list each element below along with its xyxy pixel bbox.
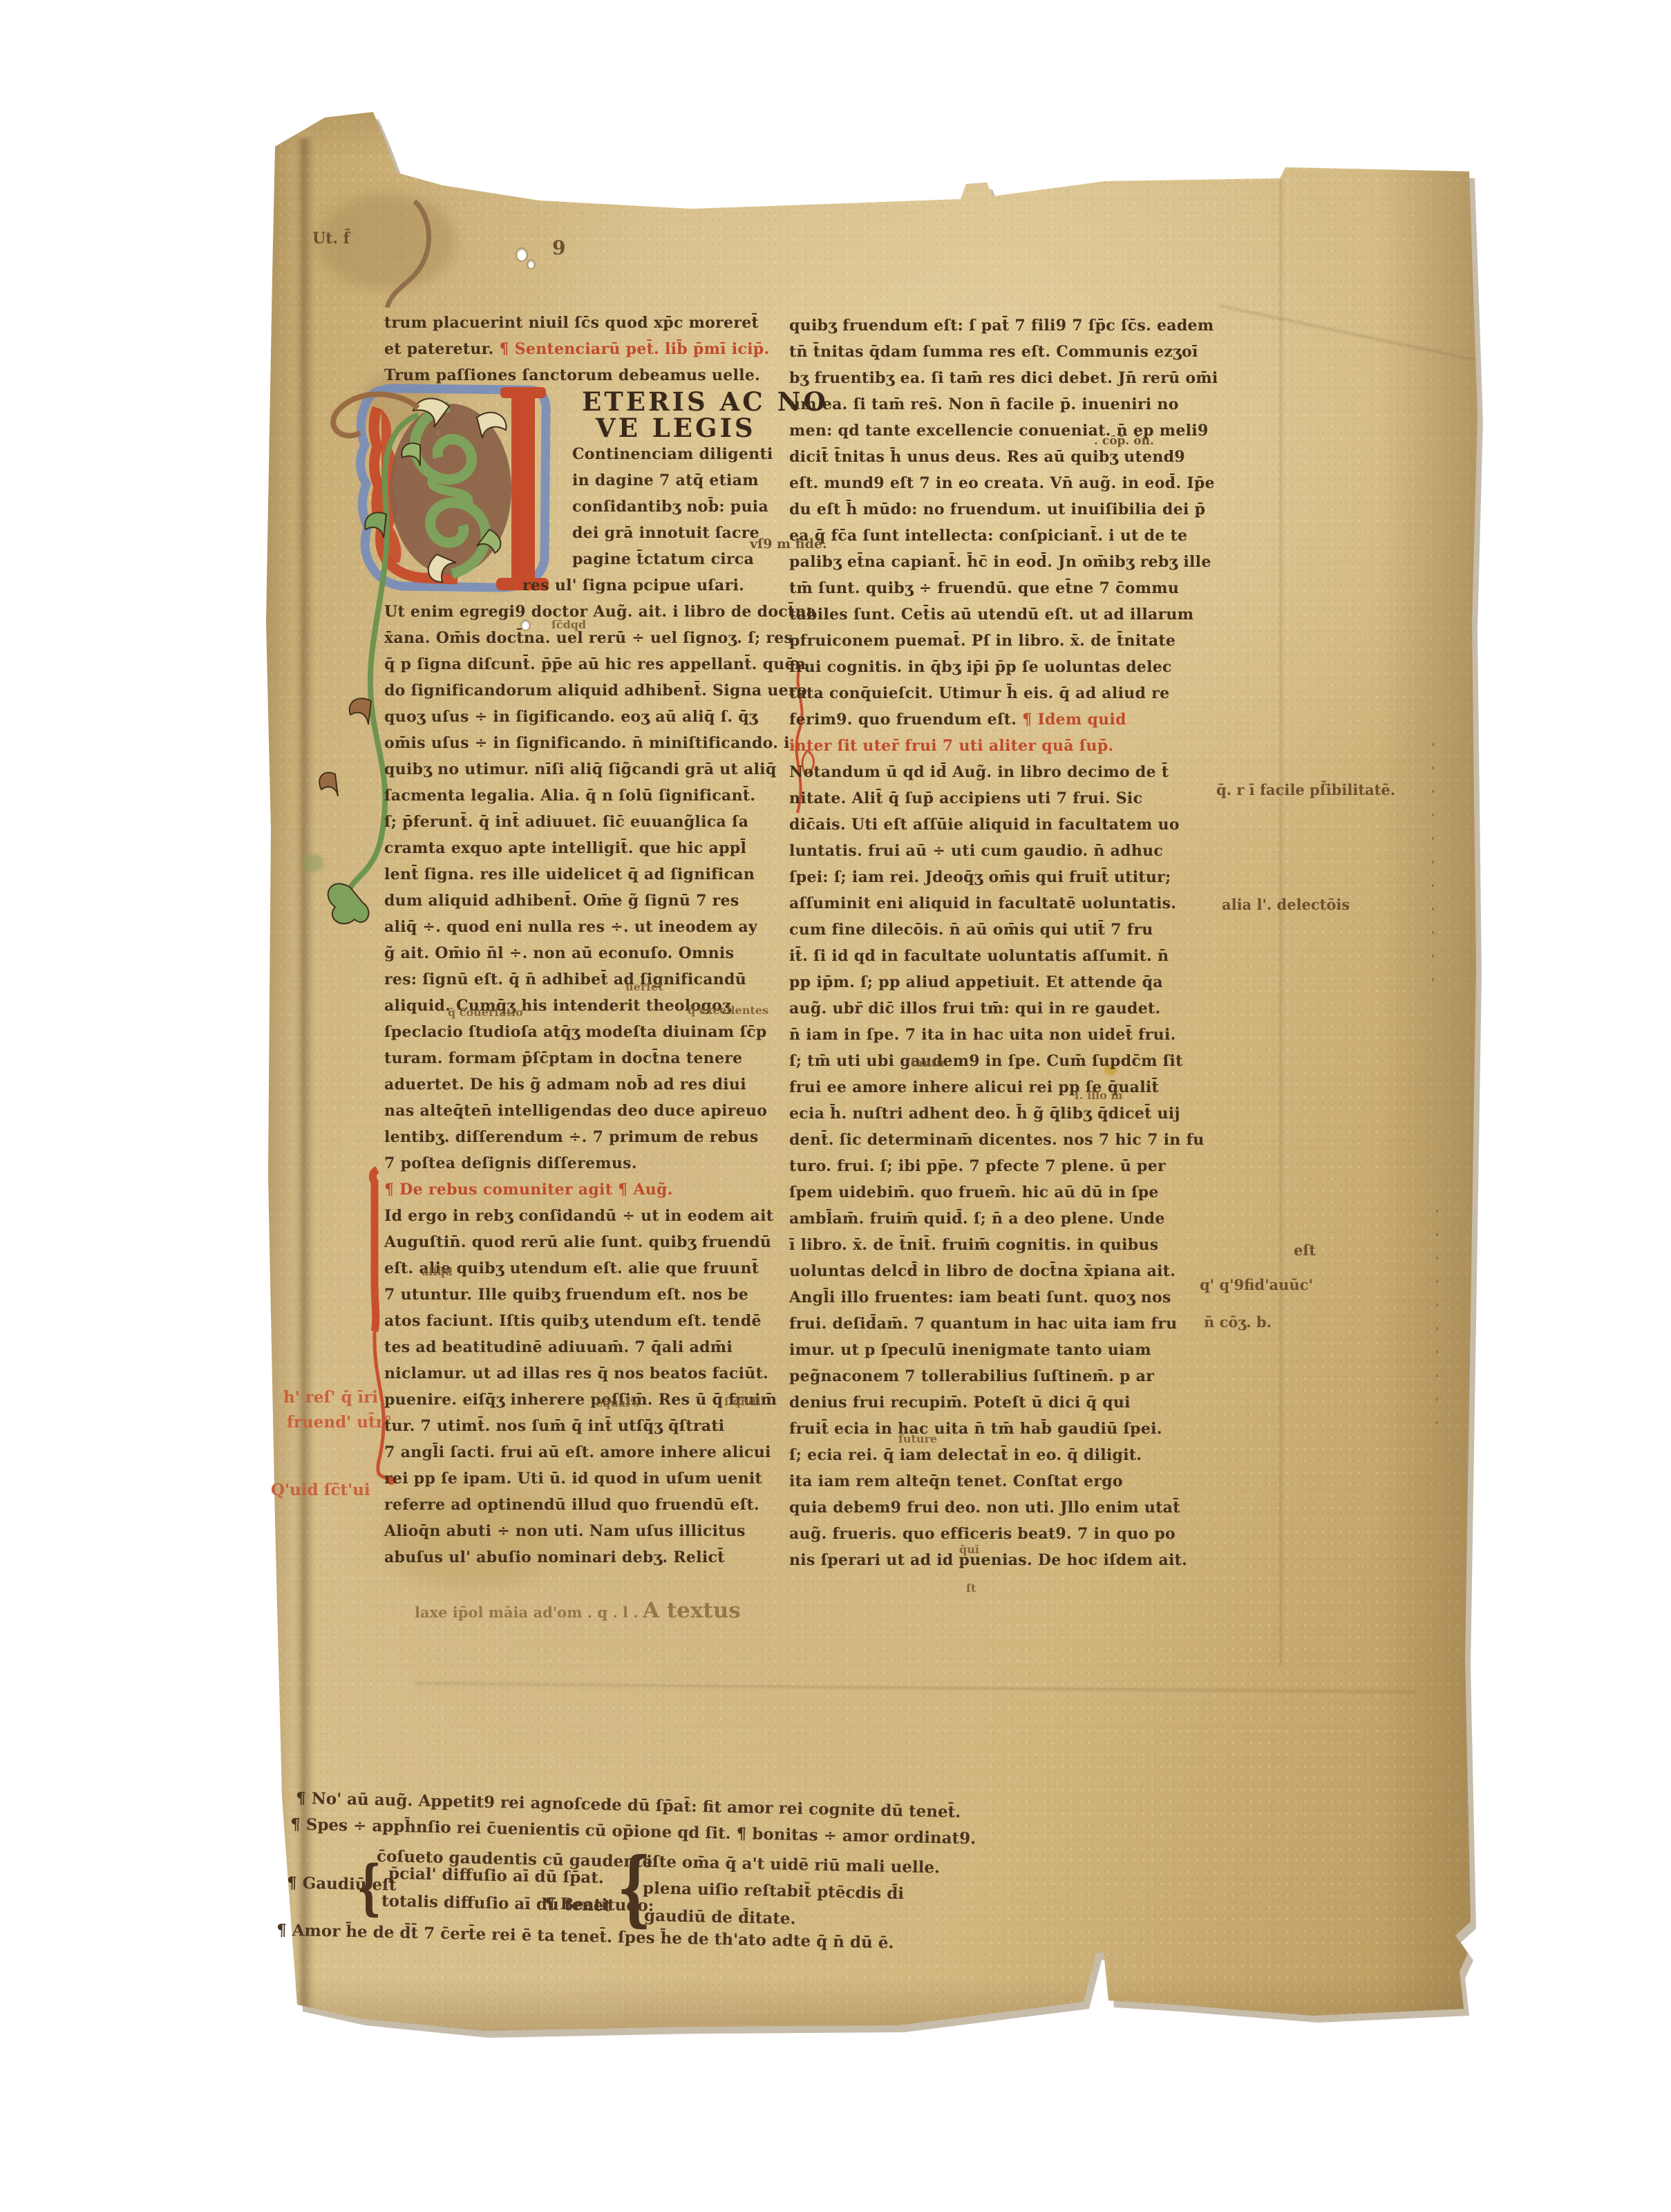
line-segment-black: ſpei: ſ; iam rei. Jdeoq̄ʒ om̄is qui frui… xyxy=(789,868,1171,886)
text-line: ¶ De rebus comuniter agit ¶ Aug̃. xyxy=(384,1177,784,1203)
text-line: turo. frui. ſ; ibi pp̄e. 7 pfecte 7 plen… xyxy=(789,1153,1221,1179)
text-line: quia debem9 frui deo. non uti. Jllo enim… xyxy=(789,1494,1221,1521)
line-segment-black: dent̄. ſic determinam̄ dicentes. nos 7 h… xyxy=(789,1131,1205,1149)
gloss-text: ſ. illo m̄ xyxy=(1075,1089,1122,1102)
text-line: pp ip̄m. ſ; pp aliud appetiuit. Et atten… xyxy=(789,969,1221,995)
text-line: ī libro. x̄. de t̄nit̄. fruim̄ cognitis.… xyxy=(789,1232,1221,1258)
line-segment-black: tn̄ t̄nitas q̄dam ſumma res eſt. Communi… xyxy=(789,343,1198,361)
line-segment-black: quibʒ fruendum eſt: ſ pat̄ 7 fili9 7 ſp̄… xyxy=(789,317,1214,335)
text-line: ſpem uidebim̄. quo fruem̄. hic aū dū in … xyxy=(789,1179,1221,1206)
text-line: 7 utuntur. Ille quibʒ fruendum eſt. nos … xyxy=(384,1282,784,1308)
text-line: tes ad beatitudinē adiuuam̄. 7 q̄ali adm… xyxy=(384,1334,784,1360)
line-segment-black: bʒ fruentibʒ ea. ſi tam̄ res dici debet.… xyxy=(789,369,1218,387)
gloss-text: tantū xyxy=(911,1056,944,1069)
margin-note: n̄ cōʒ. b. xyxy=(1204,1313,1272,1331)
gloss-text: aliq̄d xyxy=(422,1265,453,1278)
line-segment-black: ea q̄ fc̄a ſunt intellecta: conſpiciant̄… xyxy=(789,527,1187,545)
line-segment-rubric: inter ſit uter̄ frui 7 uti aliter quā ſu… xyxy=(789,737,1114,755)
line-segment-black: q̄ p ſigna diſcunt̄. p̄p̄e aū hic res ap… xyxy=(384,655,806,673)
text-column-left: trum placuerint niuil ſc̄s quod xp̄c mor… xyxy=(384,310,784,1571)
margin-note: eſt xyxy=(1294,1241,1316,1259)
line-segment-black: quia debem9 frui deo. non uti. Jllo enim… xyxy=(789,1499,1180,1517)
line-segment-black: atos faciunt. Iſtis quibʒ utendum eſt. t… xyxy=(384,1312,762,1330)
line-segment-black: dum aliquid adhibent̄. Om̄e g̃ ſignū 7 r… xyxy=(384,892,739,910)
text-line: aduertet. De his g̃ admam nob̄ ad res di… xyxy=(384,1071,784,1098)
line-segment-black: Angl̄i illo fruentes: iam beati ſunt. qu… xyxy=(789,1288,1171,1306)
line-segment-black: luntatis. frui aū ÷ uti cum gaudio. n̄ a… xyxy=(789,842,1163,860)
text-line: inter ſit uter̄ frui 7 uti aliter quā ſu… xyxy=(789,733,1221,759)
text-line: tata conq̄uieſcit. Utimur h̄ eis. q̄ ad … xyxy=(789,680,1221,706)
line-segment-black: puenire. eiſq̄ʒ inherere poſſim̄. Res ū … xyxy=(384,1391,777,1409)
text-line: res: ſignū eſt. q̄ n̄ adhibet̄ ad ſignif… xyxy=(384,966,784,993)
text-line: ambl̄am̄. fruim̄ quid̄. ſ; n̄ a deo plen… xyxy=(789,1206,1221,1232)
page-content: trum placuerint niuil ſc̄s quod xp̄c mor… xyxy=(0,0,1671,2212)
text-line: Continenciam diligenti xyxy=(572,441,784,467)
line-segment-black: aduertet. De his g̃ admam nob̄ ad res di… xyxy=(384,1076,746,1094)
line-segment-black: lent̄ ſigna. res ille uidelicet q̄ ad ſi… xyxy=(384,865,755,883)
line-segment-black: tur. 7 utimt̄. nos ſum̄ q̄ int̄ utſq̄ʒ q… xyxy=(384,1417,724,1435)
line-segment-black: ſpem uidebim̄. quo fruem̄. hic aū dū in … xyxy=(789,1183,1159,1201)
text-line: dent̄. ſic determinam̄ dicentes. nos 7 h… xyxy=(789,1127,1221,1153)
line-segment-black: dicit̄ t̄nitas h̄ unus deus. Res aū quib… xyxy=(789,448,1185,466)
text-column-right: quibʒ fruendum eſt: ſ pat̄ 7 fili9 7 ſp̄… xyxy=(789,312,1221,1573)
bottom-note-line: plena uiſio reſtabit̄ ptēcdis d̄i xyxy=(643,1879,905,1903)
line-segment-rubric: ¶ Idem quid xyxy=(1022,711,1126,729)
line-segment-black: cramta exquo apte intelligit̄. que hic a… xyxy=(384,839,746,857)
brace-glyph: { xyxy=(357,1858,381,1918)
bottom-note-text: plena uiſio reſtabit̄ ptēcdis d̄i xyxy=(643,1879,905,1903)
text-line: palibʒ et̄na capiant̄. h̄c̄ in eod̄. Jn … xyxy=(789,549,1221,575)
interlinear-gloss: q̄ c̄ouerſatio xyxy=(448,1006,523,1019)
text-line: ſpei: ſ; iam rei. Jdeoq̄ʒ om̄is qui frui… xyxy=(789,864,1221,890)
line-segment-black: frui. deſid̄am̄. 7 quantum in hac uita i… xyxy=(789,1315,1177,1333)
margin-note-text: laxe ip̄ol māia ad'om . q . l . xyxy=(415,1604,639,1621)
text-line: ſ; ecia rei. q̄ iam delectat̄ in eo. q̄ … xyxy=(789,1442,1221,1468)
text-line: g̃ ait. Om̄io n̄l ÷. non aū econuſo. Omn… xyxy=(384,940,784,966)
brace-char: { xyxy=(357,1853,381,1922)
margin-note-text: vſ9 m fidē. xyxy=(750,536,827,552)
line-segment-black: aliq̄ ÷. quod eni nulla res ÷. ut ineode… xyxy=(384,918,757,936)
line-segment-black: cum fine dilecōis. n̄ aū om̄is qui utit̄… xyxy=(789,921,1153,939)
margin-note: vſ9 m fidē. xyxy=(750,536,827,552)
text-line: luntatis. frui aū ÷ uti cum gaudio. n̄ a… xyxy=(789,838,1221,864)
line-segment-black: ſ; p̄ferunt̄. q̄ int̄ adiuuet. ſic̄ euua… xyxy=(384,813,748,831)
text-line: nas alteq̄ten̄ intelligendas deo duce ap… xyxy=(384,1098,784,1124)
brace-glyph: { xyxy=(617,1847,651,1929)
line-segment-black: 7 utuntur. Ille quibʒ fruendum eſt. nos … xyxy=(384,1286,748,1304)
text-line: ſacmenta legalia. Alia. q̄ n ſolū ſignif… xyxy=(384,782,784,809)
line-segment-black: ſ; ecia rei. q̄ iam delectat̄ in eo. q̄ … xyxy=(789,1446,1142,1464)
gloss-text: ſc̄dqd xyxy=(551,618,586,631)
line-segment-black: res: ſignū eſt. q̄ n̄ adhibet̄ ad ſignif… xyxy=(384,971,746,988)
line-segment-black: nitate. Alit̄ q̄ ſup̄ accipiens uti 7 fr… xyxy=(789,789,1142,807)
text-line: imur. ut p ſpeculū inenigmate tanto uiam xyxy=(789,1337,1221,1363)
margin-note-text: . cōp̄. ōn̄. xyxy=(1094,434,1154,448)
text-line: abuſus ul' abuſio nominari debʒ. Relict̄ xyxy=(384,1544,784,1571)
text-line: bʒ fruentibʒ ea. ſi tam̄ res dici debet.… xyxy=(789,365,1221,391)
line-segment-black: um ea. ſi tam̄ res̄. Non n̄ facile p̄. i… xyxy=(789,395,1179,413)
line-segment-black: Auguſtin̄. quod rerū alie ſunt. quibʒ fr… xyxy=(384,1233,771,1251)
line-segment-black: aſſuminit eni aliquid in facultatē uolun… xyxy=(789,894,1176,912)
text-line: in dagine 7 atq̄ etiam xyxy=(572,467,784,494)
line-segment-black: tm̄ ſunt. quibʒ ÷ fruendū. que et̄ne 7 c… xyxy=(789,579,1179,597)
line-segment-black: quibʒ no utimur. nīſi aliq̄ ſig̃candi gr… xyxy=(384,760,777,778)
margin-note: fruend' ut̄r° xyxy=(287,1413,392,1432)
text-line: 7 poſtea deſignis diſſeremus. xyxy=(384,1150,784,1177)
line-segment-black: Continenciam diligenti xyxy=(572,445,773,463)
margin-note-text: A textus xyxy=(643,1598,741,1623)
text-line: tabiles ſunt. Cet̄is aū utendū eſt. ut a… xyxy=(789,601,1221,628)
interlinear-gloss: ſ. illo m̄ xyxy=(1075,1089,1122,1102)
interlinear-gloss: tantū xyxy=(911,1056,944,1069)
line-segment-black: imur. ut p ſpeculū inenigmate tanto uiam xyxy=(789,1341,1151,1359)
margin-note: q̄. r ī facile pſ̄ibilitatē. xyxy=(1216,781,1395,798)
text-line: quibʒ fruendum eſt: ſ pat̄ 7 fili9 7 ſp̄… xyxy=(789,312,1221,339)
text-line: lent̄ ſigna. res ille uidelicet q̄ ad ſi… xyxy=(384,861,784,888)
line-segment-black: ſacmenta legalia. Alia. q̄ n ſolū ſignif… xyxy=(384,787,755,805)
interlinear-gloss: ſ q̄ndl' xyxy=(724,1395,764,1408)
text-line: frui ee amore inhere alicui rei pp ſe q̄… xyxy=(789,1074,1221,1100)
line-segment-black: res ul' ſigna pcipue uſari. xyxy=(522,577,744,594)
text-line: ecia h̄. nuſtri adhent deo. h̄ g̃ q̄libʒ… xyxy=(789,1100,1221,1127)
line-segment-black: dic̄ais. Uti eſt aſſūie aliquid in facul… xyxy=(789,816,1180,834)
line-segment-black: du eſt h̄ mūdo: no fruendum. ut inuiſibi… xyxy=(789,500,1205,518)
margin-note: h' reſ' q̄ īri xyxy=(283,1388,378,1407)
text-line: ita iam rem alteq̄n tenet. Conſtat ergo xyxy=(789,1468,1221,1494)
bottom-note-line: ¶ Amor h̄e de d̄t̄ 7 c̄ert̄e rei ē ta te… xyxy=(276,1921,894,1953)
line-segment-black: Notandum ū qd id̄ Aug̃. in libro decimo … xyxy=(789,763,1169,781)
line-segment-black: niclamur. ut ad illas res q̄ nos beatos … xyxy=(384,1365,768,1382)
text-line: quoʒ uſus ÷ in ſigificando. eoʒ aū aliq̄… xyxy=(384,704,784,730)
line-segment-black: pp ip̄m. ſ; pp aliud appetiuit. Et atten… xyxy=(789,973,1163,991)
gloss-text: eq̄ual's xyxy=(596,1396,639,1409)
line-segment-black: Id ergo in rebʒ conſidandū ÷ ut in eodem… xyxy=(384,1207,773,1225)
text-line: men: qd tante excellencie conueniat. n̄ … xyxy=(789,418,1221,444)
margin-note: alia l'. delectōis xyxy=(1222,896,1350,913)
line-segment-black: fruit̄ ecia in hac uita n̄ tm̄ hab̄ gaud… xyxy=(789,1420,1162,1438)
line-segment-black: conſidantibʒ nob̄: puia xyxy=(572,498,768,516)
text-line: dum aliquid adhibent̄. Om̄e g̃ ſignū 7 r… xyxy=(384,888,784,914)
line-segment-black: lentibʒ. diſſerendum ÷. 7 primum de rebu… xyxy=(384,1128,759,1146)
bottom-note-text: p̄cial' diffuſio aī dū ſp̄at. xyxy=(388,1864,604,1888)
interlinear-gloss: aliq̄d xyxy=(422,1265,453,1278)
text-line: Notandum ū qd id̄ Aug̃. in libro decimo … xyxy=(789,759,1221,785)
bottom-note-line: iſte om̄a q̄ a't uidē riū mali uelle. xyxy=(646,1853,941,1877)
gloss-text: q̄uī xyxy=(959,1543,979,1556)
gloss-text: q̄ c̄ouerſatio xyxy=(448,1006,523,1019)
margin-note-text: 9 xyxy=(552,236,565,259)
text-line: quibʒ no utimur. nīſi aliq̄ ſig̃candi gr… xyxy=(384,756,784,782)
corner-flourish xyxy=(373,197,442,315)
line-segment-black: do ſignificandorum aliquid adhibent̄. Si… xyxy=(384,682,807,700)
text-line: eſt. mund9 eſt 7 in eo creata. Vn̄ aug̃.… xyxy=(789,470,1221,496)
line-segment-black: dei grā innotuit ſacre xyxy=(572,524,759,542)
line-segment-black: pfruiconem puemat̄. Pſ in libro. x̄. de … xyxy=(789,632,1176,650)
text-line: rei pp ſe ipam. Uti ū. id quod in uſum u… xyxy=(384,1465,784,1492)
text-line: atos faciunt. Iſtis quibʒ utendum eſt. t… xyxy=(384,1308,784,1334)
margin-note-text: q̄. r ī facile pſ̄ibilitatē. xyxy=(1216,781,1395,798)
text-line: om̄is uſus ÷ in ſignificando. n̄ miniſti… xyxy=(384,730,784,756)
margin-note: Q'uid ſc̄t'ui xyxy=(271,1481,370,1499)
margin-note: Ut. f̄ xyxy=(312,229,350,247)
line-segment-black: aliquid. Cumq̄ʒ his intenderit theologoʒ xyxy=(384,997,731,1015)
line-segment-black: referre ad optinendū illud quo fruendū e… xyxy=(384,1496,759,1514)
margin-note: . cōp̄. ōn̄. xyxy=(1094,434,1154,448)
text-line: frui cognitis. in q̄bʒ ip̄i p̄p ſe uolun… xyxy=(789,654,1221,680)
text-line: aſſuminit eni aliquid in facultatē uolun… xyxy=(789,890,1221,917)
text-line: Alioq̄n abuti ÷ non uti. Nam uſus illici… xyxy=(384,1518,784,1544)
photo-stage: trum placuerint niuil ſc̄s quod xp̄c mor… xyxy=(0,0,1671,2212)
line-segment-black: aug̃. ubr̄ dic̄ illos frui tm̄: qui in r… xyxy=(789,1000,1160,1018)
line-segment-black: eſt. mund9 eſt 7 in eo creata. Vn̄ aug̃.… xyxy=(789,474,1215,492)
line-segment-black: turam. formam p̄ſc̄ptam in doct̄na tener… xyxy=(384,1049,742,1067)
interlinear-gloss: eq̄ual's xyxy=(596,1396,639,1409)
text-line: tm̄ ſunt. quibʒ ÷ fruendū. que et̄ne 7 c… xyxy=(789,575,1221,601)
text-line: Angl̄i illo fruentes: iam beati ſunt. qu… xyxy=(789,1284,1221,1311)
bottom-note-line: p̄cial' diffuſio aī dū ſp̄at. xyxy=(388,1864,604,1888)
text-line: aliq̄ ÷. quod eni nulla res ÷. ut ineode… xyxy=(384,914,784,940)
line-segment-black: trum placuerint niuil ſc̄s quod xp̄c mor… xyxy=(384,314,759,332)
text-line: VE LEGIS xyxy=(596,415,784,441)
line-segment-black: 7 angl̄i ſacti. frui aū eſt. amore inher… xyxy=(384,1443,771,1461)
line-segment-black: ecia h̄. nuſtri adhent deo. h̄ g̃ q̄libʒ… xyxy=(789,1105,1180,1123)
interlinear-gloss: q̄ excellentes xyxy=(688,1004,768,1017)
line-segment-black: n̄ iam in ſpe. 7 ita in hac uita non uid… xyxy=(789,1026,1176,1044)
line-segment-black: Ut enim egregi9 doctor Aug̃. ait. i libr… xyxy=(384,603,816,621)
line-segment-black: palibʒ et̄na capiant̄. h̄c̄ in eod̄. Jn … xyxy=(789,553,1211,571)
brace-char: { xyxy=(617,1839,651,1935)
text-line: pfruiconem puemat̄. Pſ in libro. x̄. de … xyxy=(789,628,1221,654)
interlinear-gloss: future xyxy=(898,1432,937,1445)
text-line: Auguſtin̄. quod rerū alie ſunt. quibʒ fr… xyxy=(384,1229,784,1255)
margin-note: q' q'9fid'auūc' xyxy=(1200,1276,1313,1293)
line-segment-black: turo. frui. ſ; ibi pp̄e. 7 pfecte 7 plen… xyxy=(789,1157,1166,1175)
gloss-text: q̄ excellentes xyxy=(688,1004,768,1017)
text-line: du eſt h̄ mūdo: no fruendum. ut inuiſibi… xyxy=(789,496,1221,523)
text-line: ſpeclacio ſtudioſa atq̄ʒ modeſta diuinam… xyxy=(384,1019,784,1045)
line-segment-black: in dagine 7 atq̄ etiam xyxy=(572,471,759,489)
margin-note: A textus xyxy=(643,1598,741,1623)
text-line: nitate. Alit̄ q̄ ſup̄ accipiens uti 7 fr… xyxy=(789,785,1221,812)
text-line: fruit̄ ecia in hac uita n̄ tm̄ hab̄ gaud… xyxy=(789,1416,1221,1442)
line-segment-black: tabiles ſunt. Cet̄is aū utendū eſt. ut a… xyxy=(789,606,1193,624)
line-segment-black: et pateretur. xyxy=(384,340,499,358)
margin-note: 9 xyxy=(552,236,565,259)
line-segment-black: quoʒ uſus ÷ in ſigificando. eoʒ aū aliq̄… xyxy=(384,708,758,726)
line-segment-black: ī libro. x̄. de t̄nit̄. fruim̄ cognitis.… xyxy=(789,1236,1158,1254)
text-line: frui. deſid̄am̄. 7 quantum in hac uita i… xyxy=(789,1311,1221,1337)
text-line: et pateretur. ¶ Sentenciarū pet̄. lib̄ p… xyxy=(384,336,784,362)
line-segment-rubric: ¶ De rebus comuniter agit ¶ Aug̃. xyxy=(384,1181,673,1199)
text-line: turam. formam p̄ſc̄ptam in doct̄na tener… xyxy=(384,1045,784,1071)
text-line: cramta exquo apte intelligit̄. que hic a… xyxy=(384,835,784,861)
line-segment-black: nas alteq̄ten̄ intelligendas deo duce ap… xyxy=(384,1102,767,1120)
line-segment-black: ferim9. quo fruendum eſt. xyxy=(789,711,1022,729)
text-line: lentibʒ. diſſerendum ÷. 7 primum de rebu… xyxy=(384,1124,784,1150)
text-line: n̄ iam in ſpe. 7 ita in hac uita non uid… xyxy=(789,1022,1221,1048)
margin-note-text: fruend' ut̄r° xyxy=(287,1413,392,1432)
line-segment-black: g̃ ait. Om̄io n̄l ÷. non aū econuſo. Omn… xyxy=(384,944,734,962)
bottom-note-line: gaudiū de d̄itate. xyxy=(644,1906,796,1929)
line-segment-rubric: ¶ Sentenciarū pet̄. lib̄ p̄mī icip̄. xyxy=(499,340,769,358)
line-segment-black: tata conq̄uieſcit. Utimur h̄ eis. q̄ ad … xyxy=(789,684,1169,702)
interlinear-gloss: ſc̄dqd xyxy=(551,618,586,631)
line-segment-black: VE LEGIS xyxy=(596,413,756,443)
line-segment-black: uoluntas delcd̄ in libro de doct̄na x̄pi… xyxy=(789,1262,1176,1280)
text-line: niclamur. ut ad illas res q̄ nos beatos … xyxy=(384,1360,784,1387)
line-segment-black: ita iam rem alteq̄n tenet. Conſtat ergo xyxy=(789,1472,1123,1490)
line-segment-black: denius frui recupim̄. Poteſt ū dici q̄ q… xyxy=(789,1394,1131,1412)
text-line: ea q̄ fc̄a ſunt intellecta: conſpiciant̄… xyxy=(789,523,1221,549)
line-segment-black: x̄ana. Om̄is doct̄na. uel rerū ÷ uel ſig… xyxy=(384,629,793,647)
text-line: res ul' ſigna pcipue uſari. xyxy=(522,572,784,599)
gloss-text: ſ q̄ndl' xyxy=(724,1395,764,1408)
line-segment-black: pagine t̄ctatum circa xyxy=(572,550,754,568)
margin-note: laxe ip̄ol māia ad'om . q . l . xyxy=(415,1604,639,1621)
line-segment-black: aug̃. frueris. quo efficeris beat9. 7 in… xyxy=(789,1525,1176,1543)
text-line: um ea. ſi tam̄ res̄. Non n̄ facile p̄. i… xyxy=(789,391,1221,418)
text-line: trum placuerint niuil ſc̄s quod xp̄c mor… xyxy=(384,310,784,336)
line-segment-black: tes ad beatitudinē adiuuam̄. 7 q̄ali adm… xyxy=(384,1338,733,1356)
line-segment-black: Trum paſſiones ſanctorum debeamus uelle. xyxy=(384,366,760,384)
text-line: tn̄ t̄nitas q̄dam ſumma res eſt. Communi… xyxy=(789,339,1221,365)
line-segment-black: 7 poſtea deſignis diſſeremus. xyxy=(384,1154,637,1172)
line-segment-black: Alioq̄n abuti ÷ non uti. Nam uſus illici… xyxy=(384,1522,746,1540)
margin-note-text: alia l'. delectōis xyxy=(1222,896,1350,913)
interlinear-gloss: q̄uī xyxy=(959,1543,979,1556)
interlinear-gloss: ſt xyxy=(966,1582,976,1595)
text-line: peg̃naconem 7 tollerabilius ſuſtinem̄. p… xyxy=(789,1363,1221,1389)
text-line: do ſignificandorum aliquid adhibent̄. Si… xyxy=(384,677,784,704)
text-line: uoluntas delcd̄ in libro de doct̄na x̄pi… xyxy=(789,1258,1221,1284)
text-line: dic̄ais. Uti eſt aſſūie aliquid in facul… xyxy=(789,812,1221,838)
bottom-note-text: iſte om̄a q̄ a't uidē riū mali uelle. xyxy=(646,1853,941,1877)
margin-note-text: h' reſ' q̄ īri xyxy=(283,1388,378,1407)
line-segment-black: ſpeclacio ſtudioſa atq̄ʒ modeſta diuinam… xyxy=(384,1023,767,1041)
line-segment-black: ſ; tm̄ uti ubi gaudem9 in ſpe. Cum̄ ſupd… xyxy=(789,1052,1183,1070)
text-line: ſ; p̄ferunt̄. q̄ int̄ adiuuet. ſic̄ euua… xyxy=(384,809,784,835)
text-line: denius frui recupim̄. Poteſt ū dici q̄ q… xyxy=(789,1389,1221,1416)
text-line: cum fine dilecōis. n̄ aū om̄is qui utit̄… xyxy=(789,917,1221,943)
line-segment-black: abuſus ul' abuſio nominari debʒ. Relict̄ xyxy=(384,1548,725,1566)
text-line: ETERIS AC NO xyxy=(582,388,784,415)
text-line: conſidantibʒ nob̄: puia xyxy=(572,494,784,520)
gloss-text: ſt xyxy=(966,1582,976,1595)
line-segment-black: it̄. ſi id qd in facultate uoluntatis aſ… xyxy=(789,947,1169,965)
text-line: referre ad optinendū illud quo fruendū e… xyxy=(384,1492,784,1518)
interlinear-gloss: uerſet̄ xyxy=(625,980,663,993)
text-line: dicit̄ t̄nitas h̄ unus deus. Res aū quib… xyxy=(789,444,1221,470)
margin-note-text: Q'uid ſc̄t'ui xyxy=(271,1481,370,1499)
text-line: nis ſperari ut ad id puenias. De hoc iſd… xyxy=(789,1547,1221,1573)
margin-note-text: eſt xyxy=(1294,1241,1316,1259)
text-line: it̄. ſi id qd in facultate uoluntatis aſ… xyxy=(789,943,1221,969)
line-segment-black: frui cognitis. in q̄bʒ ip̄i p̄p ſe uolun… xyxy=(789,658,1172,676)
line-segment-black: nis ſperari ut ad id puenias. De hoc iſd… xyxy=(789,1551,1187,1569)
bottom-note-text: gaudiū de d̄itate. xyxy=(644,1906,796,1929)
line-segment-black: om̄is uſus ÷ in ſignificando. n̄ miniſti… xyxy=(384,734,795,752)
bottom-note-text: ¶ Amor h̄e de d̄t̄ 7 c̄ert̄e rei ē ta te… xyxy=(276,1921,894,1953)
text-line: aug̃. ubr̄ dic̄ illos frui tm̄: qui in r… xyxy=(789,995,1221,1022)
text-line: q̄ p ſigna diſcunt̄. p̄p̄e aū hic res ap… xyxy=(384,651,784,677)
line-segment-black: peg̃naconem 7 tollerabilius ſuſtinem̄. p… xyxy=(789,1367,1154,1385)
text-line: tur. 7 utimt̄. nos ſum̄ q̄ int̄ utſq̄ʒ q… xyxy=(384,1413,784,1439)
gloss-text: future xyxy=(898,1432,937,1445)
margin-note-text: n̄ cōʒ. b. xyxy=(1204,1313,1272,1331)
text-line: Trum paſſiones ſanctorum debeamus uelle. xyxy=(384,362,784,388)
text-line: aug̃. frueris. quo efficeris beat9. 7 in… xyxy=(789,1521,1221,1547)
text-line: ſ; tm̄ uti ubi gaudem9 in ſpe. Cum̄ ſupd… xyxy=(789,1048,1221,1074)
text-line: ferim9. quo fruendum eſt. ¶ Idem quid xyxy=(789,706,1221,733)
text-line: Id ergo in rebʒ conſidandū ÷ ut in eodem… xyxy=(384,1203,784,1229)
margin-note-text: Ut. f̄ xyxy=(312,229,350,247)
gloss-text: uerſet̄ xyxy=(625,980,663,993)
margin-note-text: q' q'9fid'auūc' xyxy=(1200,1276,1313,1293)
text-line: 7 angl̄i ſacti. frui aū eſt. amore inher… xyxy=(384,1439,784,1465)
line-segment-black: rei pp ſe ipam. Uti ū. id quod in uſum u… xyxy=(384,1470,762,1488)
line-segment-black: ambl̄am̄. fruim̄ quid̄. ſ; n̄ a deo plen… xyxy=(789,1210,1165,1228)
